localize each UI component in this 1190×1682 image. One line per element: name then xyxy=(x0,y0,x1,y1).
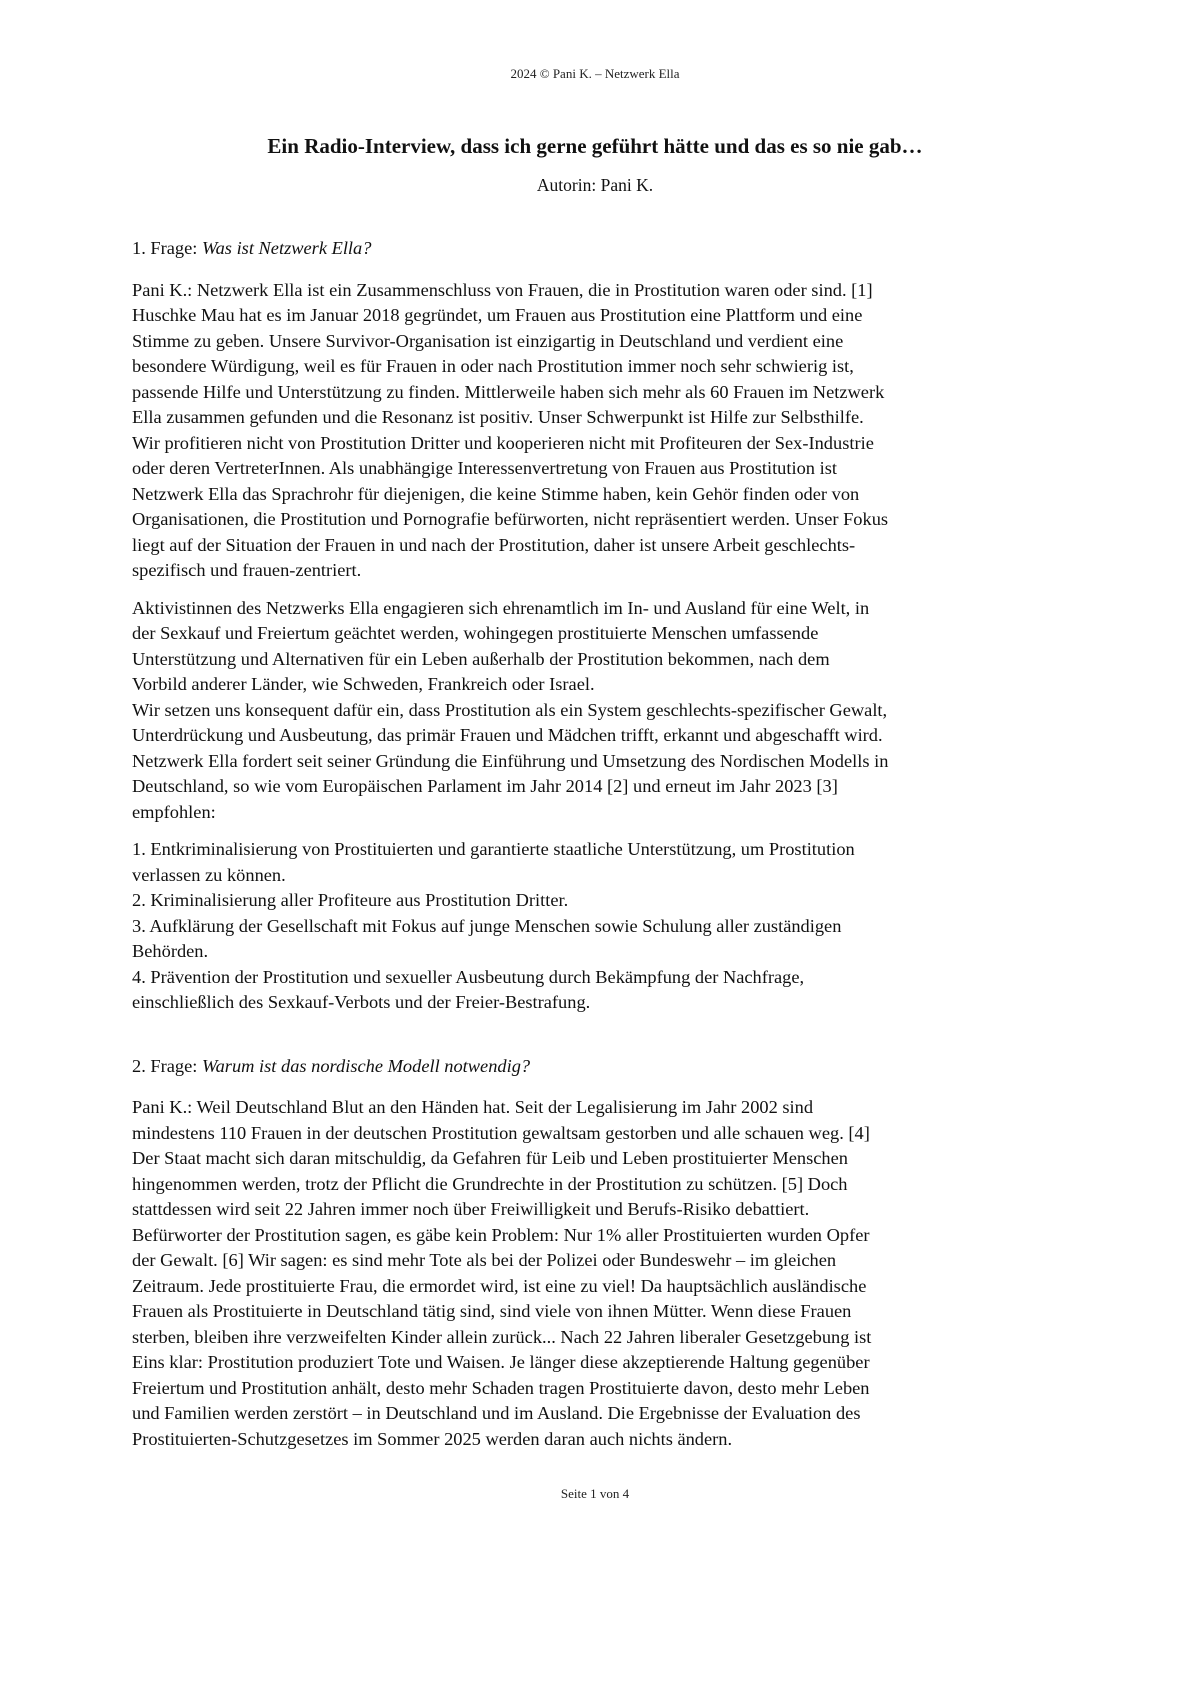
text-line: Deutschland, so wie vom Europäischen Par… xyxy=(132,774,992,800)
list-item: 4. Prävention der Prostitution und sexue… xyxy=(132,965,992,991)
answer-2-paragraph-1: Pani K.: Weil Deutschland Blut an den Hä… xyxy=(132,1095,992,1452)
text-line: Unterstützung und Alternativen für ein L… xyxy=(132,647,992,673)
list-item: 1. Entkriminalisierung von Prostituierte… xyxy=(132,837,992,863)
text-line: empfohlen: xyxy=(132,800,992,826)
text-line: der Sexkauf und Freiertum geächtet werde… xyxy=(132,621,992,647)
text-line: Vorbild anderer Länder, wie Schweden, Fr… xyxy=(132,672,992,698)
text-line: Unterdrückung und Ausbeutung, das primär… xyxy=(132,723,992,749)
text-line: Prostituierten-Schutzgesetzes im Sommer … xyxy=(132,1427,992,1453)
text-line: Freiertum und Prostitution anhält, desto… xyxy=(132,1376,992,1402)
text-line: hingenommen werden, trotz der Pflicht di… xyxy=(132,1172,992,1198)
list-item-continued: Behörden. xyxy=(132,939,992,965)
text-line: und Familien werden zerstört – in Deutsc… xyxy=(132,1401,992,1427)
text-line: Frauen als Prostituierte in Deutschland … xyxy=(132,1299,992,1325)
text-line: Eins klar: Prostitution produziert Tote … xyxy=(132,1350,992,1376)
text-line: der Gewalt. [6] Wir sagen: es sind mehr … xyxy=(132,1248,992,1274)
answer-1-paragraph-1: Pani K.: Netzwerk Ella ist ein Zusammens… xyxy=(132,278,992,584)
question-1: 1. Frage: Was ist Netzwerk Ella? xyxy=(132,236,992,262)
text-line: Organisationen, die Prostitution und Por… xyxy=(132,507,992,533)
list-item-continued: einschließlich des Sexkauf-Verbots und d… xyxy=(132,990,992,1016)
answer-1-paragraph-2: Aktivistinnen des Netzwerks Ella engagie… xyxy=(132,596,992,826)
text-line: Zeitraum. Jede prostituierte Frau, die e… xyxy=(132,1274,992,1300)
question-1-prefix: 1. Frage: xyxy=(132,238,202,258)
text-line: Netzwerk Ella das Sprachrohr für diejeni… xyxy=(132,482,992,508)
text-line: passende Hilfe und Unterstützung zu find… xyxy=(132,380,992,406)
text-line: Aktivistinnen des Netzwerks Ella engagie… xyxy=(132,596,992,622)
page-number: Seite 1 von 4 xyxy=(0,1486,1190,1502)
text-line: Ella zusammen gefunden und die Resonanz … xyxy=(132,405,992,431)
text-line: sterben, bleiben ihre verzweifelten Kind… xyxy=(132,1325,992,1351)
document-author: Autorin: Pani K. xyxy=(0,175,1190,196)
text-line: mindestens 110 Frauen in der deutschen P… xyxy=(132,1121,992,1147)
text-line: besondere Würdigung, weil es für Frauen … xyxy=(132,354,992,380)
question-2-prefix: 2. Frage: xyxy=(132,1056,202,1076)
text-line: stattdessen wird seit 22 Jahren immer no… xyxy=(132,1197,992,1223)
text-line: Huschke Mau hat es im Januar 2018 gegrün… xyxy=(132,303,992,329)
question-2-text: Warum ist das nordische Modell notwendig… xyxy=(202,1056,530,1076)
text-line: Wir setzen uns konsequent dafür ein, das… xyxy=(132,698,992,724)
text-line: Stimme zu geben. Unsere Survivor-Organis… xyxy=(132,329,992,355)
text-line: oder deren VertreterInnen. Als unabhängi… xyxy=(132,456,992,482)
text-line: Netzwerk Ella fordert seit seiner Gründu… xyxy=(132,749,992,775)
text-line: Wir profitieren nicht von Prostitution D… xyxy=(132,431,992,457)
list-item: 2. Kriminalisierung aller Profiteure aus… xyxy=(132,888,992,914)
question-1-text: Was ist Netzwerk Ella? xyxy=(202,238,371,258)
page-header: 2024 © Pani K. – Netzwerk Ella xyxy=(0,66,1190,82)
text-line: Der Staat macht sich daran mitschuldig, … xyxy=(132,1146,992,1172)
text-line: spezifisch und frauen-zentriert. xyxy=(132,558,992,584)
text-line: Pani K.: Weil Deutschland Blut an den Hä… xyxy=(132,1095,992,1121)
list-item-continued: verlassen zu können. xyxy=(132,863,992,889)
list-item: 3. Aufklärung der Gesellschaft mit Fokus… xyxy=(132,914,992,940)
question-2: 2. Frage: Warum ist das nordische Modell… xyxy=(132,1054,992,1080)
text-line: Pani K.: Netzwerk Ella ist ein Zusammens… xyxy=(132,278,992,304)
document-body: 1. Frage: Was ist Netzwerk Ella? Pani K.… xyxy=(132,236,992,1452)
demands-list: 1. Entkriminalisierung von Prostituierte… xyxy=(132,837,992,1016)
text-line: liegt auf der Situation der Frauen in un… xyxy=(132,533,992,559)
document-title: Ein Radio-Interview, dass ich gerne gefü… xyxy=(0,134,1190,159)
text-line: Befürworter der Prostitution sagen, es g… xyxy=(132,1223,992,1249)
